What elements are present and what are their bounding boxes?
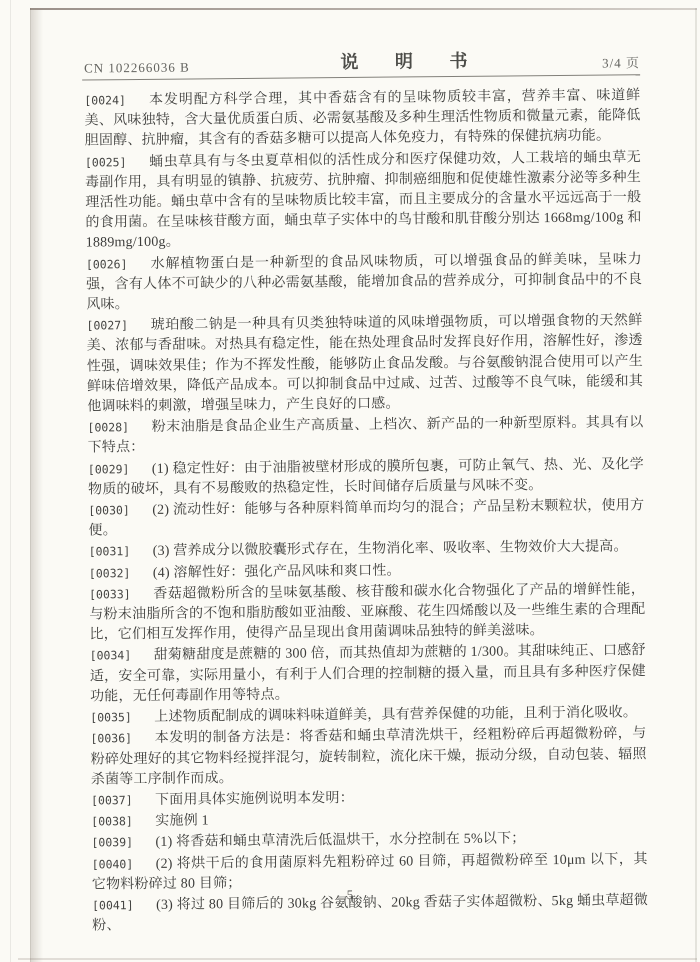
paragraph-text: 下面用具体实施例说明本发明： [155,791,354,808]
paragraph: [0027]琥珀酸二钠是一种具有贝类独特味道的风味增强物质，可以增强食物的天然鲜… [86,310,643,417]
paragraph: [0025]蛹虫草具有与冬虫夏草相似的活性成分和医疗保健功效，人工栽培的蛹虫草无… [85,147,642,254]
paragraph-tag: [0035] [90,707,137,728]
page-number: 5 [347,887,354,903]
paragraph-tag: [0031] [89,542,136,563]
page-content: CN 102266036 B 说 明 书 3/4 页 [0024]本发明配方科学… [0,0,700,962]
paragraph-text: 蛹虫草具有与冬虫夏草相似的活性成分和医疗保健功效，人工栽培的蛹虫草无毒副作用，具… [85,150,642,251]
paragraph-tag: [0026] [86,254,133,275]
paragraph-tag: [0028] [87,417,134,438]
patent-number: CN 102266036 B [84,60,190,77]
paragraph-text: (2) 流动性好：能够与各种原料简单而均匀的混合；产品呈粉末颗粒状，使用方便。 [88,498,644,539]
paragraph: [0026]水解植物蛋白是一种新型的食品风味物质，可以增强食品的鲜美味，呈味力强… [86,249,643,316]
paragraph-tag: [0025] [85,152,132,173]
specification-body: [0024]本发明配方科学合理，其中香菇含有的呈味物质较丰富，营养丰富、味道鲜美… [84,85,648,937]
paragraph-text: (3) 营养成分以微胶囊形式存在，生物消化率、吸收率、生物效价大大提高。 [153,540,628,560]
paragraph-text: 香菇超微粉所含的呈味氨基酸、核苷酸和碳水化合物强化了产品的增鲜性能，与粉末油脂所… [89,582,645,643]
paragraph-tag: [0036] [90,728,137,749]
paragraph-text: 上述物质配制成的调味料味道鲜美，具有营养保健的功能，且利于消化吸收。 [154,705,637,725]
scanned-patent-page: CN 102266036 B 说 明 书 3/4 页 [0024]本发明配方科学… [0,0,700,962]
paragraph-tag: [0038] [91,811,138,832]
paragraph-tag: [0039] [91,832,138,853]
paragraph: [0036]本发明的制备方法是：将香菇和蛹虫草清洗烘干，经粗粉碎后再超微粉碎，与… [90,723,647,790]
paragraph-text: (1) 稳定性好：由于油脂被壁材形成的膜所包裹，可防止氧气、热、光、及化学物质的… [88,457,644,498]
paragraph-text: 琥珀酸二钠是一种具有贝类独特味道的风味增强物质，可以增强食物的天然鲜美、浓郁与香… [87,313,644,414]
paragraph-tag: [0034] [90,646,137,667]
paragraph: [0029](1) 稳定性好：由于油脂被壁材形成的膜所包裹，可防止氧气、热、光、… [88,454,644,501]
paragraph-text: (4) 溶解性好：强化产品风味和爽口性。 [153,563,401,580]
paragraph-tag: [0040] [92,854,139,875]
document-title: 说 明 书 [324,47,483,75]
document-header: CN 102266036 B 说 明 书 3/4 页 [84,45,640,76]
paragraph: [0033]香菇超微粉所含的呈味氨基酸、核苷酸和碳水化合物强化了产品的增鲜性能，… [89,579,646,646]
paragraph-tag: [0027] [86,315,133,336]
paragraph-tag: [0029] [88,459,135,480]
paragraph: [0034]甜菊糖甜度是蔗糖的 300 倍，而其热值却为蔗糖的 1/300。其甜… [90,641,647,708]
page-indicator: 3/4 页 [602,52,640,71]
paragraph-tag: [0032] [89,563,136,584]
paragraph: [0028]粉末油脂是食品企业生产高质量、上档次、新产品的一种新型原料。其具有以… [87,412,643,459]
paragraph: [0030](2) 流动性好：能够与各种原料简单而均匀的混合；产品呈粉末颗粒状，… [88,495,644,542]
paragraph-text: (1) 将香菇和蛹虫草清洗后低温烘干，水分控制在 5%以下； [155,832,525,851]
paragraph-text: 实施例 1 [155,813,209,829]
paragraph-tag: [0030] [88,500,135,521]
paragraph-text: 水解植物蛋白是一种新型的食品风味物质，可以增强食品的鲜美味，呈味力强，含有人体不… [86,252,642,313]
paragraph-text: 本发明的制备方法是：将香菇和蛹虫草清洗烘干，经粗粉碎后再超微粉碎，与粉碎处理好的… [91,726,647,787]
paragraph-tag: [0037] [91,790,138,811]
paragraph: [0024]本发明配方科学合理，其中香菇含有的呈味物质较丰富，营养丰富、味道鲜美… [84,85,641,152]
paragraph-text: 粉末油脂是食品企业生产高质量、上档次、新产品的一种新型原料。其具有以下特点： [88,415,644,456]
paragraph-text: 本发明配方科学合理，其中香菇含有的呈味物质较丰富，营养丰富、味道鲜美、风味独特，… [84,88,640,149]
paragraph-tag: [0024] [84,90,131,111]
paragraph-tag: [0033] [89,584,136,605]
paragraph-text: 甜菊糖甜度是蔗糖的 300 倍，而其热值却为蔗糖的 1/300。其甜味纯正、口感… [90,644,646,705]
